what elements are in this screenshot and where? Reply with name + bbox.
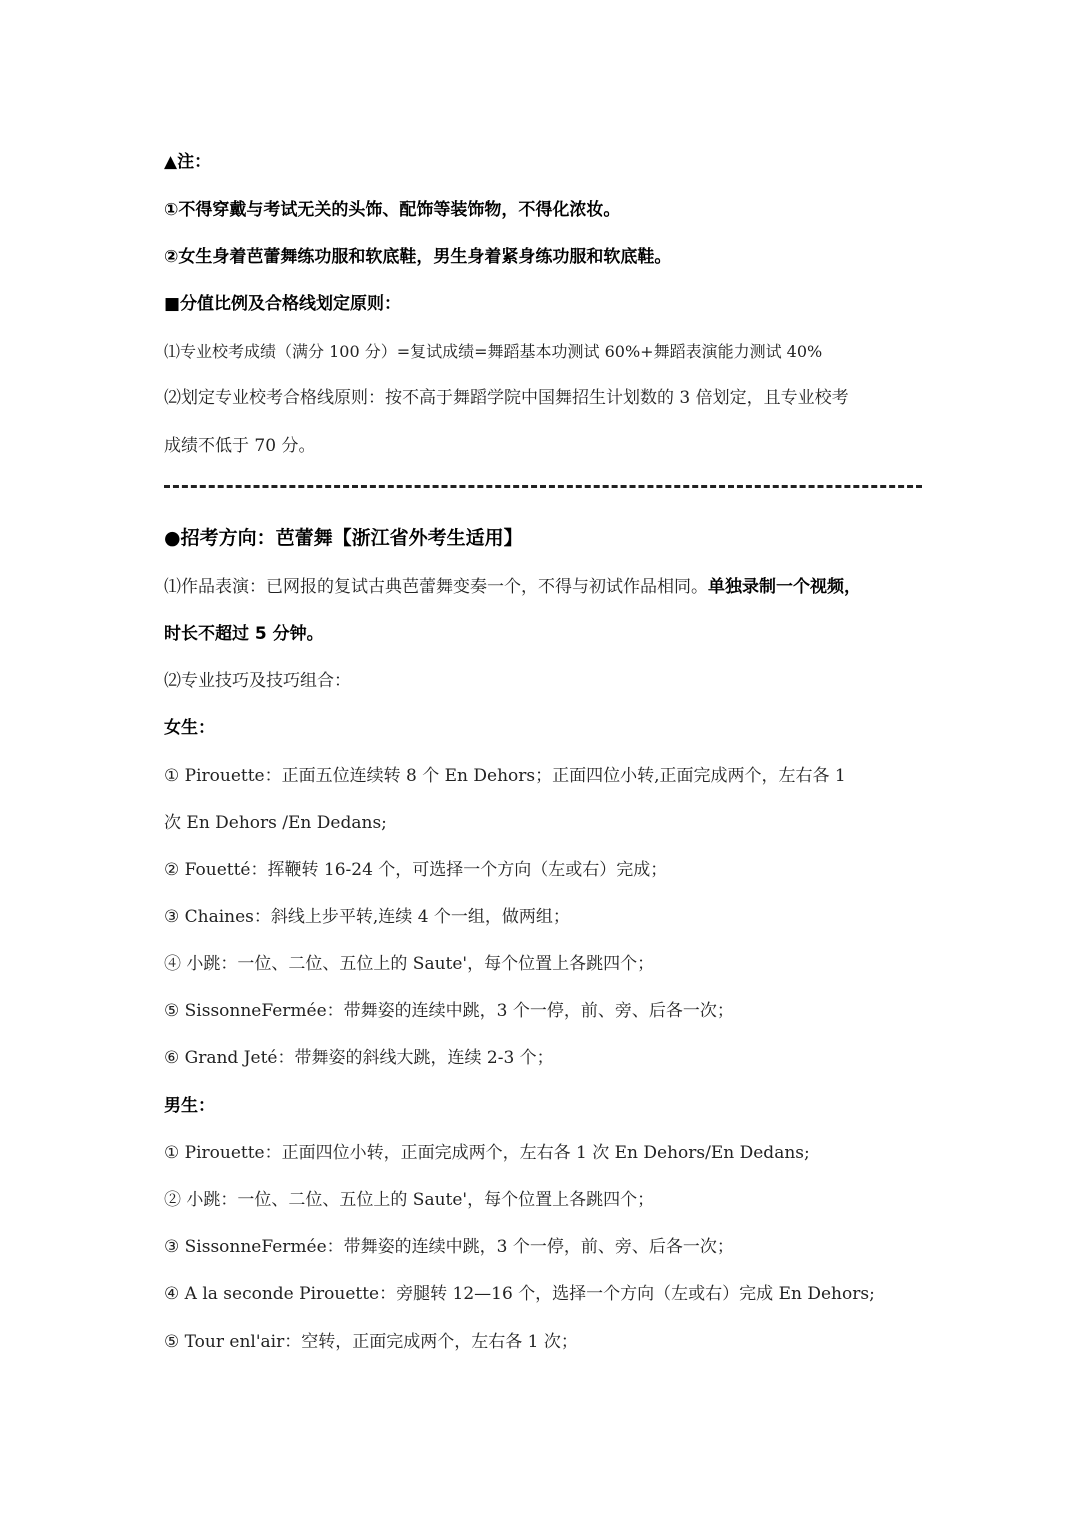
scoring-title: ■分值比例及合格线划定原则： bbox=[164, 292, 401, 316]
male-item: ③ SissonneFermée：带舞姿的连续中跳，3 个一停，前、旁、后各一次… bbox=[164, 1235, 734, 1259]
section-title: ●招考方向：芭蕾舞【浙江省外考生适用】 bbox=[164, 526, 523, 550]
notes-title: ▲注： bbox=[164, 150, 211, 174]
male-item: ② 小跳：一位、二位、五位上的 Saute'，每个位置上各跳四个； bbox=[164, 1188, 654, 1212]
section-item-1: ⑴作品表演：已网报的复试古典芭蕾舞变奏一个，不得与初试作品相同。单独录制一个视频… bbox=[164, 575, 861, 599]
female-item: ③ Chaines：斜线上步平转,连续 4 个一组，做两组； bbox=[164, 905, 570, 929]
section-item-1-emphasis: 单独录制一个视频， bbox=[708, 577, 861, 597]
section-divider bbox=[164, 485, 922, 488]
male-item: ④ A la seconde Pirouette：旁腿转 12—16 个，选择一… bbox=[164, 1282, 875, 1306]
female-item: ① Pirouette：正面五位连续转 8 个 En Dehors；正面四位小转… bbox=[164, 764, 846, 788]
male-label: 男生： bbox=[164, 1094, 215, 1118]
scoring-line-1: ⑴专业校考成绩（满分 100 分）=复试成绩=舞蹈基本功测试 60%+舞蹈表演能… bbox=[164, 340, 822, 364]
scoring-line-2: ⑵划定专业校考合格线原则：按不高于舞蹈学院中国舞招生计划数的 3 倍划定，且专业… bbox=[164, 386, 849, 410]
section-item-1-emphasis-cont: 时长不超过 5 分钟。 bbox=[164, 622, 324, 646]
female-item: ② Fouetté：挥鞭转 16-24 个，可选择一个方向（左或右）完成； bbox=[164, 858, 667, 882]
section-item-2: ⑵专业技巧及技巧组合： bbox=[164, 669, 351, 693]
female-item: ⑥ Grand Jeté：带舞姿的斜线大跳，连续 2-3 个； bbox=[164, 1046, 554, 1070]
section-item-1-text: ⑴作品表演：已网报的复试古典芭蕾舞变奏一个，不得与初试作品相同。 bbox=[164, 577, 708, 597]
female-item: ④ 小跳：一位、二位、五位上的 Saute'，每个位置上各跳四个； bbox=[164, 952, 654, 976]
scoring-line-2-cont: 成绩不低于 70 分。 bbox=[164, 434, 315, 458]
female-item: 次 En Dehors /En Dedans; bbox=[164, 811, 387, 835]
male-item: ① Pirouette：正面四位小转，正面完成两个，左右各 1 次 En Deh… bbox=[164, 1141, 810, 1165]
male-item: ⑤ Tour enl'air：空转，正面完成两个，左右各 1 次； bbox=[164, 1330, 578, 1354]
female-label: 女生： bbox=[164, 716, 215, 740]
female-item: ⑤ SissonneFermée：带舞姿的连续中跳，3 个一停，前、旁、后各一次… bbox=[164, 999, 734, 1023]
note-item-1: ①不得穿戴与考试无关的头饰、配饰等装饰物，不得化浓妆。 bbox=[164, 198, 620, 222]
note-item-2: ②女生身着芭蕾舞练功服和软底鞋，男生身着紧身练功服和软底鞋。 bbox=[164, 245, 671, 269]
